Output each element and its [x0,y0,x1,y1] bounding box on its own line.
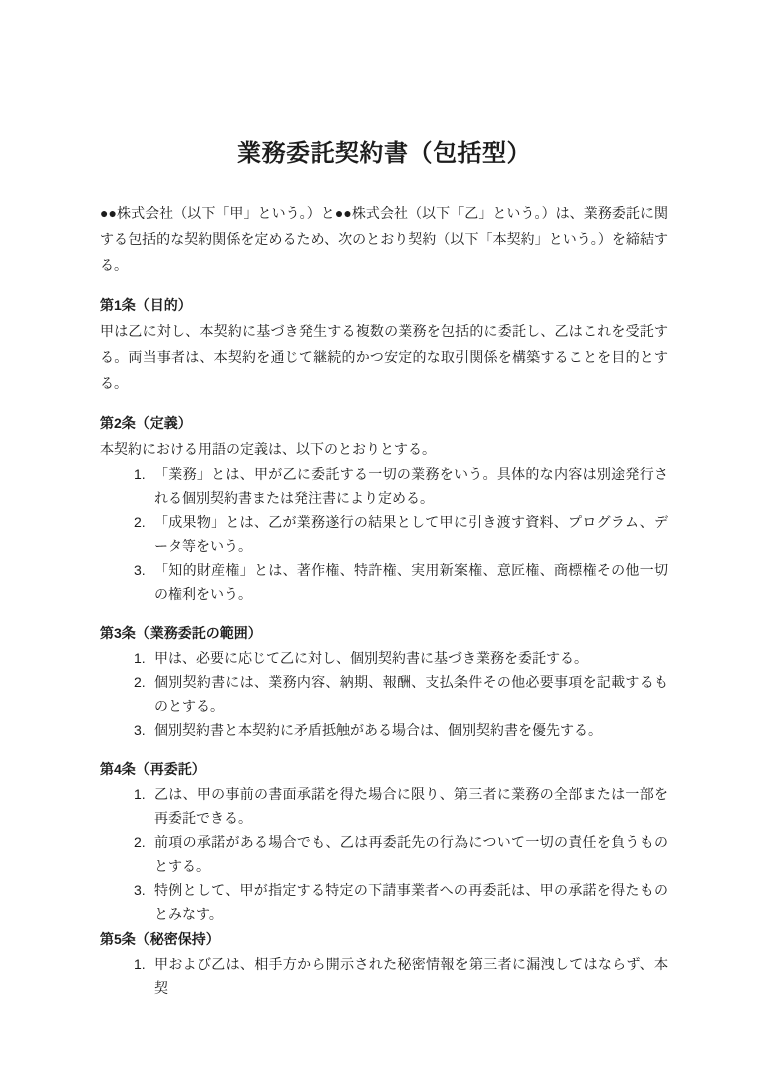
clause-item: 3. 個別契約書と本契約に矛盾抵触がある場合は、個別契約書を優先する。 [134,718,668,742]
clause-text: 個別契約書と本契約に矛盾抵触がある場合は、個別契約書を優先する。 [154,718,668,742]
clause-text: 乙は、甲の事前の書面承諾を得た場合に限り、第三者に業務の全部または一部を再委託で… [154,782,668,830]
clause-number: 3. [134,718,149,742]
contract-page: 業務委託契約書（包括型） ●●株式会社（以下「甲」という。）と●●株式会社（以下… [0,0,768,1087]
clause-number: 1. [134,952,149,976]
clause-text: 「業務」とは、甲が乙に委託する一切の業務をいう。具体的な内容は別途発行される個別… [154,462,668,510]
article-2-heading: 第2条（定義） [100,410,668,436]
clause-item: 1. 甲は、必要に応じて乙に対し、個別契約書に基づき業務を委託する。 [134,646,668,670]
clause-item: 1. 「業務」とは、甲が乙に委託する一切の業務をいう。具体的な内容は別途発行され… [134,462,668,510]
clause-number: 1. [134,462,149,486]
clause-number: 1. [134,646,149,670]
clause-text: 個別契約書には、業務内容、納期、報酬、支払条件その他必要事項を記載するものとする… [154,670,668,718]
article-4-heading: 第4条（再委託） [100,756,668,782]
article-5-heading: 第5条（秘密保持） [100,926,668,952]
clause-number: 2. [134,510,149,534]
article-3-heading: 第3条（業務委託の範囲） [100,620,668,646]
article-2: 第2条（定義） 本契約における用語の定義は、以下のとおりとする。 1. 「業務」… [100,410,668,606]
article-1-heading: 第1条（目的） [100,292,668,318]
article-4-clause-list: 1. 乙は、甲の事前の書面承諾を得た場合に限り、第三者に業務の全部または一部を再… [100,782,668,926]
article-3-clause-list: 1. 甲は、必要に応じて乙に対し、個別契約書に基づき業務を委託する。 2. 個別… [100,646,668,742]
clause-text: 甲および乙は、相手方から開示された秘密情報を第三者に漏洩してはならず、本契 [154,952,668,1000]
clause-number: 1. [134,782,149,806]
document-title: 業務委託契約書（包括型） [100,138,668,170]
article-2-body: 本契約における用語の定義は、以下のとおりとする。 [100,436,668,462]
clause-number: 3. [134,878,149,902]
article-4: 第4条（再委託） 1. 乙は、甲の事前の書面承諾を得た場合に限り、第三者に業務の… [100,756,668,926]
clause-item: 3. 「知的財産権」とは、著作権、特許権、実用新案権、意匠権、商標権その他一切の… [134,558,668,606]
clause-number: 2. [134,670,149,694]
clause-item: 3. 特例として、甲が指定する特定の下請事業者への再委託は、甲の承諾を得たものと… [134,878,668,926]
clause-item: 2. 個別契約書には、業務内容、納期、報酬、支払条件その他必要事項を記載するもの… [134,670,668,718]
article-5: 第5条（秘密保持） 1. 甲および乙は、相手方から開示された秘密情報を第三者に漏… [100,926,668,1000]
clause-number: 2. [134,830,149,854]
clause-text: 甲は、必要に応じて乙に対し、個別契約書に基づき業務を委託する。 [154,646,668,670]
clause-number: 3. [134,558,149,582]
article-1-body: 甲は乙に対し、本契約に基づき発生する複数の業務を包括的に委託し、乙はこれを受託す… [100,318,668,396]
article-2-clause-list: 1. 「業務」とは、甲が乙に委託する一切の業務をいう。具体的な内容は別途発行され… [100,462,668,606]
article-1: 第1条（目的） 甲は乙に対し、本契約に基づき発生する複数の業務を包括的に委託し、… [100,292,668,396]
article-3: 第3条（業務委託の範囲） 1. 甲は、必要に応じて乙に対し、個別契約書に基づき業… [100,620,668,742]
clause-text: 「知的財産権」とは、著作権、特許権、実用新案権、意匠権、商標権その他一切の権利を… [154,558,668,606]
clause-text: 「成果物」とは、乙が業務遂行の結果として甲に引き渡す資料、プログラム、データ等を… [154,510,668,558]
intro-paragraph: ●●株式会社（以下「甲」という。）と●●株式会社（以下「乙」という。）は、業務委… [100,200,668,278]
clause-item: 1. 甲および乙は、相手方から開示された秘密情報を第三者に漏洩してはならず、本契 [134,952,668,1000]
clause-item: 2. 前項の承諾がある場合でも、乙は再委託先の行為について一切の責任を負うものと… [134,830,668,878]
clause-item: 1. 乙は、甲の事前の書面承諾を得た場合に限り、第三者に業務の全部または一部を再… [134,782,668,830]
clause-text: 前項の承諾がある場合でも、乙は再委託先の行為について一切の責任を負うものとする。 [154,830,668,878]
clause-text: 特例として、甲が指定する特定の下請事業者への再委託は、甲の承諾を得たものとみなす… [154,878,668,926]
article-5-clause-list: 1. 甲および乙は、相手方から開示された秘密情報を第三者に漏洩してはならず、本契 [100,952,668,1000]
clause-item: 2. 「成果物」とは、乙が業務遂行の結果として甲に引き渡す資料、プログラム、デー… [134,510,668,558]
